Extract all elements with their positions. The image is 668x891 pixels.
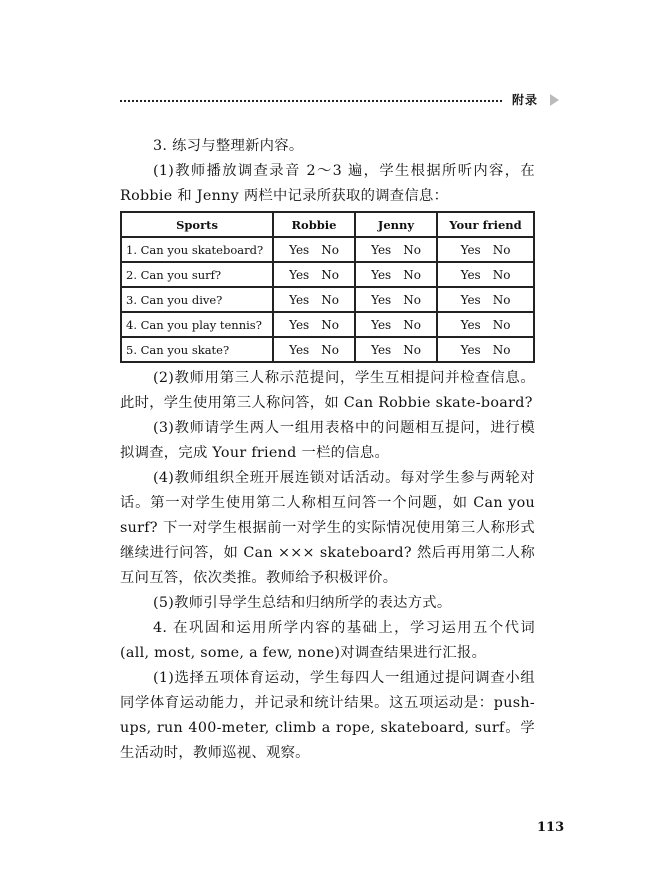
step3-title: 3. 练习与整理新内容。 [120, 134, 535, 159]
no-option: No [493, 243, 511, 257]
no-option: No [321, 318, 339, 332]
step4-1-paragraph: (1)选择五项体育运动，学生每四人一组通过提问调查小组同学体育运动能力，并记录和… [120, 666, 535, 766]
friend-cell: YesNo [437, 312, 534, 337]
section-label: 附录 [512, 91, 538, 108]
jenny-cell: YesNo [355, 262, 437, 287]
yes-option: Yes [371, 318, 391, 332]
header-your-friend: Your friend [437, 212, 534, 237]
no-option: No [493, 318, 511, 332]
yes-option: Yes [461, 243, 481, 257]
dotted-rule [120, 100, 502, 102]
robbie-cell: YesNo [273, 287, 355, 312]
question-cell: 2. Can you surf? [121, 262, 273, 287]
no-option: No [493, 293, 511, 307]
survey-table: Sports Robbie Jenny Your friend 1. Can y… [120, 211, 535, 363]
no-option: No [403, 318, 421, 332]
question-cell: 3. Can you dive? [121, 287, 273, 312]
jenny-cell: YesNo [355, 312, 437, 337]
header-sports: Sports [121, 212, 273, 237]
jenny-cell: YesNo [355, 287, 437, 312]
header-robbie: Robbie [273, 212, 355, 237]
yes-option: Yes [289, 343, 309, 357]
yes-option: Yes [289, 243, 309, 257]
friend-cell: YesNo [437, 237, 534, 262]
step3-5-paragraph: (5)教师引导学生总结和归纳所学的表达方式。 [120, 591, 535, 616]
yes-option: Yes [371, 268, 391, 282]
yes-option: Yes [371, 243, 391, 257]
question-cell: 1. Can you skateboard? [121, 237, 273, 262]
no-option: No [403, 343, 421, 357]
header-jenny: Jenny [355, 212, 437, 237]
page-number: 113 [537, 820, 564, 835]
table-row: 1. Can you skateboard? YesNo YesNo YesNo [121, 237, 534, 262]
page-body: 3. 练习与整理新内容。 (1)教师播放调查录音 2～3 遍，学生根据所听内容，… [120, 134, 535, 766]
table-row: 3. Can you dive? YesNo YesNo YesNo [121, 287, 534, 312]
yes-option: Yes [461, 293, 481, 307]
table-row: 4. Can you play tennis? YesNo YesNo YesN… [121, 312, 534, 337]
no-option: No [321, 243, 339, 257]
table-row: 5. Can you skate? YesNo YesNo YesNo [121, 337, 534, 362]
no-option: No [403, 293, 421, 307]
robbie-cell: YesNo [273, 262, 355, 287]
triangle-right-icon [550, 94, 559, 106]
robbie-cell: YesNo [273, 312, 355, 337]
step3-1-paragraph: (1)教师播放调查录音 2～3 遍，学生根据所听内容，在 Robbie 和 Je… [120, 159, 535, 209]
table-header-row: Sports Robbie Jenny Your friend [121, 212, 534, 237]
no-option: No [321, 343, 339, 357]
table-row: 2. Can you surf? YesNo YesNo YesNo [121, 262, 534, 287]
no-option: No [321, 293, 339, 307]
no-option: No [321, 268, 339, 282]
question-cell: 4. Can you play tennis? [121, 312, 273, 337]
robbie-cell: YesNo [273, 237, 355, 262]
yes-option: Yes [289, 293, 309, 307]
friend-cell: YesNo [437, 262, 534, 287]
jenny-cell: YesNo [355, 337, 437, 362]
robbie-cell: YesNo [273, 337, 355, 362]
yes-option: Yes [289, 318, 309, 332]
yes-option: Yes [461, 268, 481, 282]
no-option: No [403, 268, 421, 282]
running-header: 附录 [120, 93, 560, 109]
no-option: No [493, 343, 511, 357]
friend-cell: YesNo [437, 287, 534, 312]
no-option: No [493, 268, 511, 282]
yes-option: Yes [371, 343, 391, 357]
question-cell: 5. Can you skate? [121, 337, 273, 362]
no-option: No [403, 243, 421, 257]
step4-title: 4. 在巩固和运用所学内容的基础上，学习运用五个代词(all, most, so… [120, 616, 535, 666]
step3-3-paragraph: (3)教师请学生两人一组用表格中的问题相互提问，进行模拟调查，完成 Your f… [120, 416, 535, 466]
step3-2-paragraph: (2)教师用第三人称示范提问，学生互相提问并检查信息。此时，学生使用第三人称问答… [120, 366, 535, 416]
yes-option: Yes [461, 318, 481, 332]
yes-option: Yes [289, 268, 309, 282]
step3-4-paragraph: (4)教师组织全班开展连锁对话活动。每对学生参与两轮对话。第一对学生使用第二人称… [120, 466, 535, 591]
jenny-cell: YesNo [355, 237, 437, 262]
friend-cell: YesNo [437, 337, 534, 362]
yes-option: Yes [461, 343, 481, 357]
yes-option: Yes [371, 293, 391, 307]
